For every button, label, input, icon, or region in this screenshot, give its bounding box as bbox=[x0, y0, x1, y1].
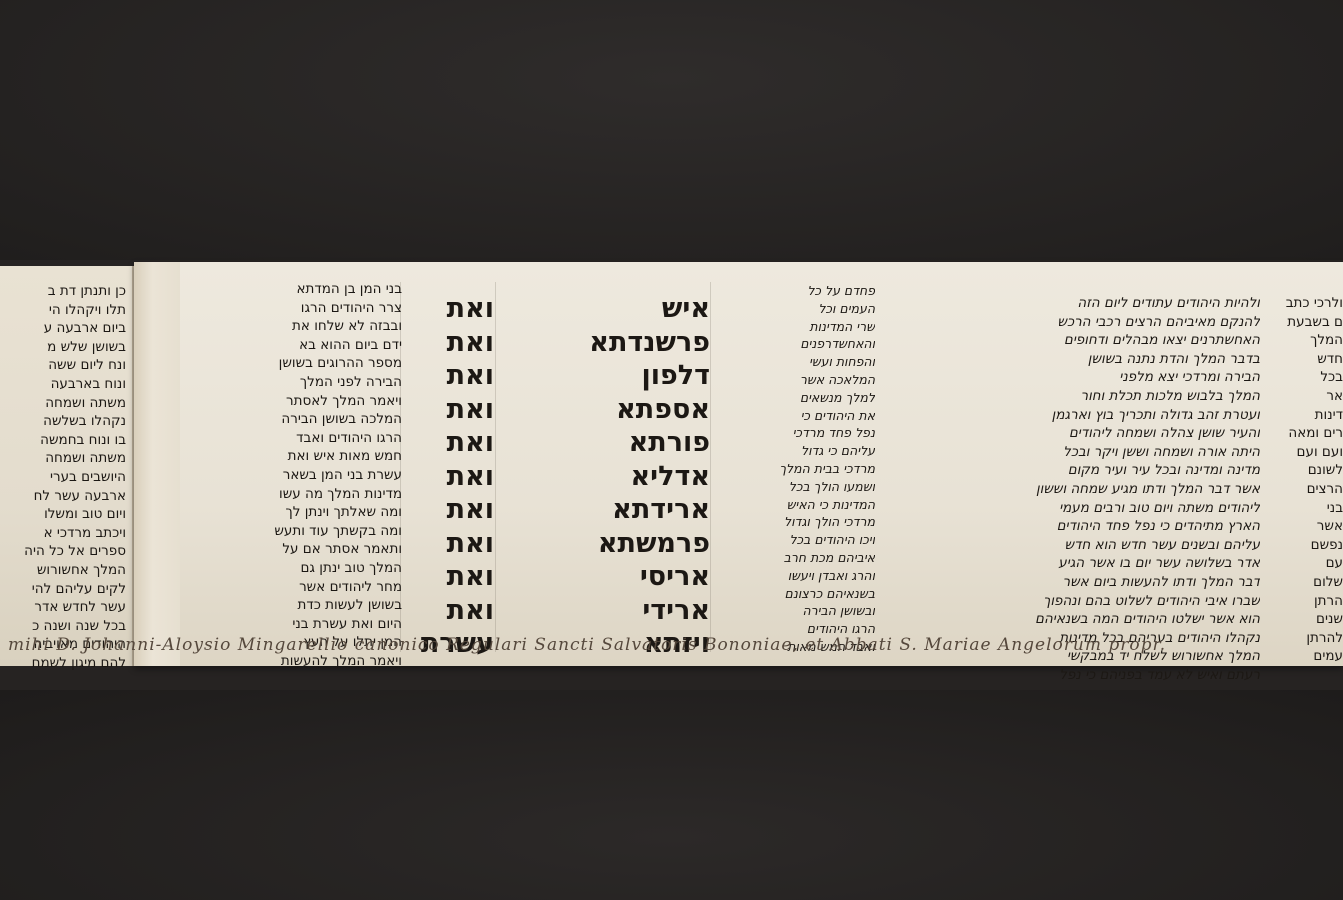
text-line: היתה אורה ושמחה וששן ויקר ובכל bbox=[900, 443, 1260, 462]
text-line: ועם ועם bbox=[1266, 443, 1343, 462]
text-line: אשר דבר המלך ודתו מגיע שמחה וששון bbox=[900, 480, 1260, 499]
text-line: הרתן bbox=[1266, 592, 1343, 611]
text-line: המלכה בשושן הבירה bbox=[190, 410, 402, 429]
text-line: בשנאיהם כרצונם bbox=[745, 585, 875, 603]
text-line: מדינות המלך מה עשו bbox=[190, 485, 402, 504]
text-line: ובשושן הבירה bbox=[745, 602, 875, 620]
text-line: ארידי bbox=[500, 594, 710, 628]
text-line: מרדכי הולך וגדול bbox=[745, 513, 875, 531]
text-line: דינות bbox=[1266, 406, 1343, 425]
text-column-4: פחדם על כלהעמים וכלשרי המדינותוהאחשדרפני… bbox=[745, 282, 875, 656]
text-line: ואת bbox=[396, 493, 494, 527]
text-line: ולהיות היהודים עתודים ליום הזה bbox=[900, 294, 1260, 313]
text-line: עם bbox=[1266, 554, 1343, 573]
text-line: ונח ליום ששה bbox=[0, 356, 126, 375]
text-line: ם בשבעת bbox=[1266, 313, 1343, 332]
text-line: והאחשדרפנים bbox=[745, 335, 875, 353]
text-line: אספתא bbox=[500, 393, 710, 427]
text-line: הבירה לפני המלך bbox=[190, 373, 402, 392]
text-line: ליהודים משתה ויום טוב ורבים מעמי bbox=[900, 499, 1260, 518]
text-line: ואת bbox=[396, 426, 494, 460]
dark-background-top bbox=[0, 0, 1343, 260]
text-line: בשושן לעשות כדת bbox=[190, 596, 402, 615]
ruling-line bbox=[710, 282, 711, 652]
text-line: ומה בקשתך עוד ותעש bbox=[190, 522, 402, 541]
text-line: בכל bbox=[1266, 368, 1343, 387]
text-line: המלך בלבוש מלכות תכלת וחור bbox=[900, 387, 1260, 406]
text-line: להם מיגון לשמח bbox=[0, 654, 126, 673]
text-line: היושבים בערי bbox=[0, 468, 126, 487]
text-line: אר bbox=[1266, 387, 1343, 406]
text-line: הבירה ומרדכי יצא מלפני bbox=[900, 368, 1260, 387]
text-line: שברו איבי היהודים לשלוט בהם ונהפוך bbox=[900, 592, 1260, 611]
text-line: ושמעו הולך בכל bbox=[745, 478, 875, 496]
text-line: ואת bbox=[396, 359, 494, 393]
text-line: דלפון bbox=[500, 359, 710, 393]
text-line: ותאמר אסתר אם על bbox=[190, 540, 402, 559]
text-column-left: כן ותנתן דת בתלו ויקהלו היביום ארבעה עבש… bbox=[0, 282, 126, 672]
text-line: עליהם כי גדול bbox=[745, 442, 875, 460]
text-line: בכל שנה ושנה כ bbox=[0, 617, 126, 636]
text-line: ויאמר המלך לאסתר bbox=[190, 392, 402, 411]
text-line: עליהם ובשנים עשר חדש הוא חדש bbox=[900, 536, 1260, 555]
text-line: ולרכי כתב bbox=[1266, 294, 1343, 313]
text-line: אריסי bbox=[500, 560, 710, 594]
text-line: בני המן בן המדתא bbox=[190, 280, 402, 299]
text-line: פרמשתא bbox=[500, 527, 710, 561]
text-line: הארץ מתיהדים כי נפל פחד היהודים bbox=[900, 517, 1260, 536]
text-line: משתה ושמחה bbox=[0, 394, 126, 413]
text-line: והפחות ועשי bbox=[745, 353, 875, 371]
text-line: ואת bbox=[396, 460, 494, 494]
text-line: ואת bbox=[396, 560, 494, 594]
text-line: ידם ביום ההוא בא bbox=[190, 336, 402, 355]
text-line: ויום טוב ומשלו bbox=[0, 505, 126, 524]
text-line: בו ונוח בחמשה bbox=[0, 431, 126, 450]
text-line: ואת bbox=[396, 594, 494, 628]
text-line: ויכתב מרדכי א bbox=[0, 524, 126, 543]
text-line: נפשם bbox=[1266, 536, 1343, 555]
text-line: פורתא bbox=[500, 426, 710, 460]
veet-column: ואתואתואתואתואתואתואתואתואתואתעשרת bbox=[396, 292, 494, 661]
text-line: ויכו היהודים בכל bbox=[745, 531, 875, 549]
text-line: חדש bbox=[1266, 350, 1343, 369]
text-line: מחר ליהודים אשר bbox=[190, 578, 402, 597]
text-line: ואת bbox=[396, 326, 494, 360]
text-line: ארבעה עשר לח bbox=[0, 487, 126, 506]
text-line: הרצים bbox=[1266, 480, 1343, 499]
text-line: כן ותנתן דת ב bbox=[0, 282, 126, 301]
text-line: ספרים אל כל היה bbox=[0, 542, 126, 561]
text-line: פרשנדתא bbox=[500, 326, 710, 360]
text-column-2: בני המן בן המדתאצרר היהודים הרגוובבזה לא… bbox=[190, 280, 402, 670]
text-line: ביום ארבעה ע bbox=[0, 319, 126, 338]
text-line: איש bbox=[500, 292, 710, 326]
text-line: עשרת בני המן בשאר bbox=[190, 466, 402, 485]
text-line: בדבר המלך והדת נתנה בשושן bbox=[900, 350, 1260, 369]
text-line: ומה שאלתך וינתן לך bbox=[190, 503, 402, 522]
text-line: ובבזה לא שלחו את bbox=[190, 317, 402, 336]
text-line: משתה ושמחה bbox=[0, 449, 126, 468]
text-line: רעתם ואיש לא עמד בפניהם כי נפל bbox=[900, 666, 1260, 685]
text-line: אדליא bbox=[500, 460, 710, 494]
text-line: לקים עליהם להי bbox=[0, 580, 126, 599]
text-line: צרר היהודים הרגו bbox=[190, 299, 402, 318]
text-line: איביהם מכת חרב bbox=[745, 549, 875, 567]
text-line: אדר בשלושה עשר יום בו אשר הגיע bbox=[900, 554, 1260, 573]
esther-scroll: כן ותנתן דת בתלו ויקהלו היביום ארבעה עבש… bbox=[0, 262, 1343, 672]
text-line: שלום bbox=[1266, 573, 1343, 592]
text-line: המדינות כי האיש bbox=[745, 496, 875, 514]
text-line: ואת bbox=[396, 527, 494, 561]
text-column-5: ולהיות היהודים עתודים ליום הזהלהנקם מאיב… bbox=[900, 294, 1260, 684]
text-line: חמש מאות איש ואת bbox=[190, 447, 402, 466]
text-line: מרדכי בבית המלך bbox=[745, 460, 875, 478]
text-line: המלך טוב ינתן גם bbox=[190, 559, 402, 578]
text-line: אשר bbox=[1266, 517, 1343, 536]
text-line: ואת bbox=[396, 292, 494, 326]
text-line: בני bbox=[1266, 499, 1343, 518]
text-line: הרגו היהודים ואבד bbox=[190, 429, 402, 448]
text-line: שרי המדינות bbox=[745, 318, 875, 336]
text-line: למלך מנשאים bbox=[745, 389, 875, 407]
text-line: תלו ויקהלו הי bbox=[0, 301, 126, 320]
dark-background-bottom bbox=[0, 690, 1343, 900]
text-line: דבר המלך ודתו להעשות ביום אשר bbox=[900, 573, 1260, 592]
text-line: העמים וכל bbox=[745, 300, 875, 318]
haman-sons-names-column: אישפרשנדתאדלפוןאספתאפורתאאדליאארידתאפרמש… bbox=[500, 292, 710, 661]
text-line: מספר ההרוגים בשושן bbox=[190, 354, 402, 373]
text-line: ונוח בארבעה bbox=[0, 375, 126, 394]
text-line: ארידתא bbox=[500, 493, 710, 527]
text-line: האחשתרנים יצאו מבהלים ודחופים bbox=[900, 331, 1260, 350]
text-line: מדינה ומדינה ובכל עיר ועיר מקום bbox=[900, 461, 1260, 480]
latin-ownership-inscription: mihi D. Johanni-Aloysio Mingarellio cano… bbox=[8, 635, 1343, 655]
text-column-6: ולרכי כתבם בשבעתהמלךחדשבכלארדינותרים ומא… bbox=[1266, 294, 1343, 666]
text-line: פחדם על כל bbox=[745, 282, 875, 300]
ruling-line bbox=[495, 282, 496, 652]
text-line: המלאכה אשר bbox=[745, 371, 875, 389]
text-line: נפל פחד מרדכי bbox=[745, 424, 875, 442]
text-line: עשר לחדש אדר bbox=[0, 598, 126, 617]
scroll-fold-seam bbox=[134, 262, 180, 666]
text-line: ועטרת זהב גדולה ותכריך בוץ וארגמן bbox=[900, 406, 1260, 425]
text-line: והרג ואבדן ויעשו bbox=[745, 567, 875, 585]
text-line: המלך אחשורוש bbox=[0, 561, 126, 580]
text-line: רים ומאה bbox=[1266, 424, 1343, 443]
text-line: לשונם bbox=[1266, 461, 1343, 480]
text-line: להנקם מאיביהם הרצים רכבי הרכש bbox=[900, 313, 1260, 332]
text-line: בשושן שלש מ bbox=[0, 338, 126, 357]
text-line: שנים bbox=[1266, 610, 1343, 629]
text-line: הוא אשר ישלטו היהודים המה בשנאיהם bbox=[900, 610, 1260, 629]
text-line: את היהודים כי bbox=[745, 407, 875, 425]
text-line: נקהלו בשלשה bbox=[0, 412, 126, 431]
text-line: היום ואת עשרת בני bbox=[190, 615, 402, 634]
text-line: המלך bbox=[1266, 331, 1343, 350]
text-line: והעיר שושן צהלה ושמחה ליהודים bbox=[900, 424, 1260, 443]
text-line: ואת bbox=[396, 393, 494, 427]
